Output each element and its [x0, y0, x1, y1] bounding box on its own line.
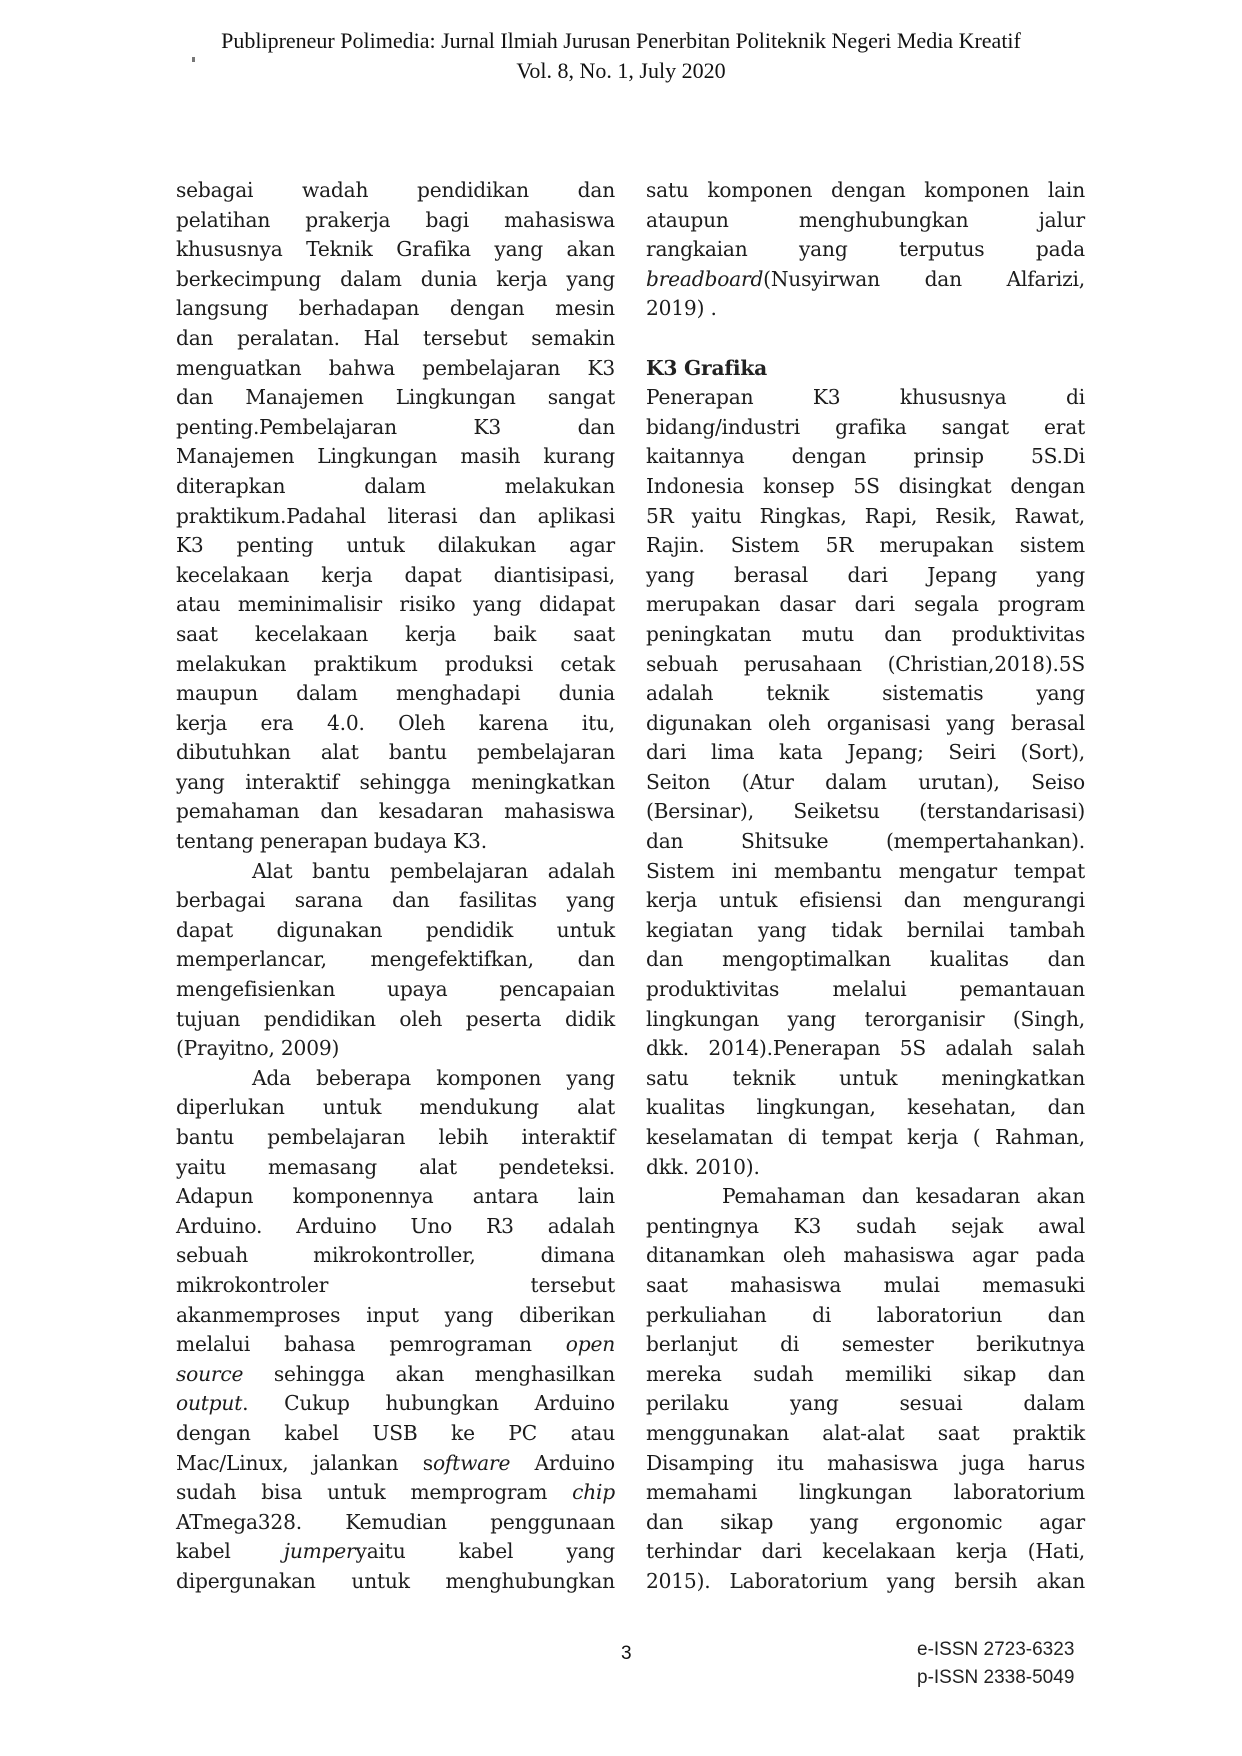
text-line: Seiton (Atur dalam urutan), Seiso — [646, 768, 1085, 798]
text-line: (Prayitno, 2009) — [176, 1034, 615, 1064]
text-line: sebuah perusahaan (Christian,2018).5S — [646, 650, 1085, 680]
text-line: pentingnya K3 sudah sejak awal — [646, 1212, 1085, 1242]
italic-term: oftware — [433, 1451, 510, 1475]
text-run: melalui bahasa pemrograman — [176, 1332, 566, 1356]
text-line: perilaku yang sesuai dalam — [646, 1389, 1085, 1419]
text-line: merupakan dasar dari segala program — [646, 590, 1085, 620]
text-line: dipergunakan untuk menghubungkan — [176, 1567, 615, 1597]
text-line: Mac/Linux, jalankan software Arduino — [176, 1449, 615, 1479]
text-run: kabel — [176, 1539, 284, 1563]
text-line: dan mengoptimalkan kualitas dan — [646, 945, 1085, 975]
section-heading: K3 Grafika — [646, 354, 1085, 384]
text-line: tujuan pendidikan oleh peserta didik — [176, 1005, 615, 1035]
text-line: lingkungan yang terorganisir (Singh, — [646, 1005, 1085, 1035]
text-run: Arduino — [510, 1451, 615, 1475]
text-line: output. Cukup hubungkan Arduino — [176, 1389, 615, 1419]
text-line: Adapun komponennya antara lain — [176, 1182, 615, 1212]
text-line: akanmemproses input yang diberikan — [176, 1301, 615, 1331]
text-line: berkecimpung dalam dunia kerja yang — [176, 265, 615, 295]
text-line: kualitas lingkungan, kesehatan, dan — [646, 1093, 1085, 1123]
text-line: melakukan praktikum produksi cetak — [176, 650, 615, 680]
text-line: saat kecelakaan kerja baik saat — [176, 620, 615, 650]
text-line: kabel jumperyaitu kabel yang — [176, 1537, 615, 1567]
text-line: sebuah mikrokontroller, dimana — [176, 1241, 615, 1271]
text-line: dari lima kata Jepang; Seiri (Sort), — [646, 738, 1085, 768]
left-column: sebagai wadah pendidikan danpelatihan pr… — [176, 176, 615, 1597]
text-line: bidang/industri grafika sangat erat — [646, 413, 1085, 443]
text-line: diperlukan untuk mendukung alat — [176, 1093, 615, 1123]
italic-term: output — [176, 1391, 242, 1415]
text-line: kegiatan yang tidak bernilai tambah — [646, 916, 1085, 946]
text-line: kaitannya dengan prinsip 5S.Di — [646, 442, 1085, 472]
text-line: memperlancar, mengefektifkan, dan — [176, 945, 615, 975]
text-line: menguatkan bahwa pembelajaran K3 — [176, 354, 615, 384]
italic-term: source — [176, 1362, 243, 1386]
text-line: dengan kabel USB ke PC atau — [176, 1419, 615, 1449]
text-line: pemahaman dan kesadaran mahasiswa — [176, 797, 615, 827]
text-line: source sehingga akan menghasilkan — [176, 1360, 615, 1390]
running-header: Publipreneur Polimedia: Jurnal Ilmiah Ju… — [0, 26, 1242, 86]
text-line: Indonesia konsep 5S disingkat dengan — [646, 472, 1085, 502]
text-line: Arduino. Arduino Uno R3 adalah — [176, 1212, 615, 1242]
text-line: mengefisienkan upaya pencapaian — [176, 975, 615, 1005]
text-run: sehingga akan menghasilkan — [243, 1362, 615, 1386]
right-column-body: Penerapan K3 khususnya dibidang/industri… — [646, 383, 1085, 1596]
text-line: (Bersinar), Seiketsu (terstandarisasi) — [646, 797, 1085, 827]
text-line: 5R yaitu Ringkas, Rapi, Resik, Rawat, — [646, 502, 1085, 532]
text-line: diterapkan dalam melakukan — [176, 472, 615, 502]
text-line: menggunakan alat-alat saat praktik — [646, 1419, 1085, 1449]
text-run: yaitu kabel yang — [356, 1539, 616, 1563]
text-run: sudah bisa untuk memprogram — [176, 1480, 572, 1504]
text-line: satu teknik untuk meningkatkan — [646, 1064, 1085, 1094]
p-issn: p-ISSN 2338-5049 — [917, 1664, 1074, 1692]
text-line: ATmega328. Kemudian penggunaan — [176, 1508, 615, 1538]
text-line: langsung berhadapan dengan mesin — [176, 294, 615, 324]
text-line: rangkaian yang terputus pada — [646, 235, 1085, 265]
text-line: yaitu memasang alat pendeteksi. — [176, 1153, 615, 1183]
volume-issue: Vol. 8, No. 1, July 2020 — [0, 56, 1242, 86]
text-line: 2015). Laboratorium yang bersih akan — [646, 1567, 1085, 1597]
italic-term: breadboard — [646, 267, 763, 291]
text-line: kecelakaan kerja dapat diantisipasi, — [176, 561, 615, 591]
text-line: dkk. 2014).Penerapan 5S adalah salah — [646, 1034, 1085, 1064]
text-line: atau meminimalisir risiko yang didapat — [176, 590, 615, 620]
text-line: dibutuhkan alat bantu pembelajaran — [176, 738, 615, 768]
text-line: breadboard(Nusyirwan dan Alfarizi, — [646, 265, 1085, 295]
text-line: 2019) . — [646, 294, 1085, 324]
text-run: . Cukup hubungkan Arduino — [242, 1391, 615, 1415]
text-line: peningkatan mutu dan produktivitas — [646, 620, 1085, 650]
text-line: Sistem ini membantu mengatur tempat — [646, 857, 1085, 887]
text-line: berlanjut di semester berikutnya — [646, 1330, 1085, 1360]
text-line: produktivitas melalui pemantauan — [646, 975, 1085, 1005]
italic-term: chip — [572, 1480, 615, 1504]
text-line: digunakan oleh organisasi yang berasal — [646, 709, 1085, 739]
text-line: tentang penerapan budaya K3. — [176, 827, 615, 857]
text-line: saat mahasiswa mulai memasuki — [646, 1271, 1085, 1301]
text-line: dan Manajemen Lingkungan sangat — [176, 383, 615, 413]
text-line: kerja untuk efisiensi dan mengurangi — [646, 886, 1085, 916]
text-line: dan Shitsuke (mempertahankan). — [646, 827, 1085, 857]
text-run: (Nusyirwan dan Alfarizi, — [763, 267, 1085, 291]
right-column-intro: satu komponen dengan komponen lainataupu… — [646, 176, 1085, 324]
text-line: khususnya Teknik Grafika yang akan — [176, 235, 615, 265]
issn-block: e-ISSN 2723-6323 p-ISSN 2338-5049 — [917, 1636, 1074, 1692]
text-line: Penerapan K3 khususnya di — [646, 383, 1085, 413]
text-line: pelatihan prakerja bagi mahasiswa — [176, 206, 615, 236]
text-line: ditanamkan oleh mahasiswa agar pada — [646, 1241, 1085, 1271]
text-line: penting.Pembelajaran K3 dan — [176, 413, 615, 443]
text-line: berbagai sarana dan fasilitas yang — [176, 886, 615, 916]
italic-term: open — [566, 1332, 615, 1356]
text-line: bantu pembelajaran lebih interaktif — [176, 1123, 615, 1153]
text-line: K3 penting untuk dilakukan agar — [176, 531, 615, 561]
text-line: Pemahaman dan kesadaran akan — [646, 1182, 1085, 1212]
text-line: yang berasal dari Jepang yang — [646, 561, 1085, 591]
text-line: Manajemen Lingkungan masih kurang — [176, 442, 615, 472]
text-line: mereka sudah memiliki sikap dan — [646, 1360, 1085, 1390]
text-line: Rajin. Sistem 5R merupakan sistem — [646, 531, 1085, 561]
text-line: Ada beberapa komponen yang — [176, 1064, 615, 1094]
text-line: yang interaktif sehingga meningkatkan — [176, 768, 615, 798]
text-line: adalah teknik sistematis yang — [646, 679, 1085, 709]
text-line: dkk. 2010). — [646, 1153, 1085, 1183]
text-line: kerja era 4.0. Oleh karena itu, — [176, 709, 615, 739]
italic-term: jumper — [284, 1539, 356, 1563]
text-line: dan peralatan. Hal tersebut semakin — [176, 324, 615, 354]
text-line: Disamping itu mahasiswa juga harus — [646, 1449, 1085, 1479]
text-line: maupun dalam menghadapi dunia — [176, 679, 615, 709]
text-line: Alat bantu pembelajaran adalah — [176, 857, 615, 887]
e-issn: e-ISSN 2723-6323 — [917, 1636, 1074, 1664]
text-run: Mac/Linux, jalankan s — [176, 1451, 433, 1475]
text-line: dapat digunakan pendidik untuk — [176, 916, 615, 946]
right-column: satu komponen dengan komponen lainataupu… — [646, 176, 1085, 1597]
blank-line — [646, 324, 1085, 354]
text-line: terhindar dari kecelakaan kerja (Hati, — [646, 1537, 1085, 1567]
text-line: satu komponen dengan komponen lain — [646, 176, 1085, 206]
text-line: keselamatan di tempat kerja ( Rahman, — [646, 1123, 1085, 1153]
text-line: perkuliahan di laboratoriun dan — [646, 1301, 1085, 1331]
text-line: praktikum.Padahal literasi dan aplikasi — [176, 502, 615, 532]
page-number: 3 — [621, 1643, 632, 1665]
text-line: memahami lingkungan laboratorium — [646, 1478, 1085, 1508]
text-line: sudah bisa untuk memprogram chip — [176, 1478, 615, 1508]
text-line: sebagai wadah pendidikan dan — [176, 176, 615, 206]
text-line: ataupun menghubungkan jalur — [646, 206, 1085, 236]
text-line: melalui bahasa pemrograman open — [176, 1330, 615, 1360]
text-line: mikrokontroler tersebut — [176, 1271, 615, 1301]
journal-title: Publipreneur Polimedia: Jurnal Ilmiah Ju… — [0, 26, 1242, 56]
text-line: dan sikap yang ergonomic agar — [646, 1508, 1085, 1538]
